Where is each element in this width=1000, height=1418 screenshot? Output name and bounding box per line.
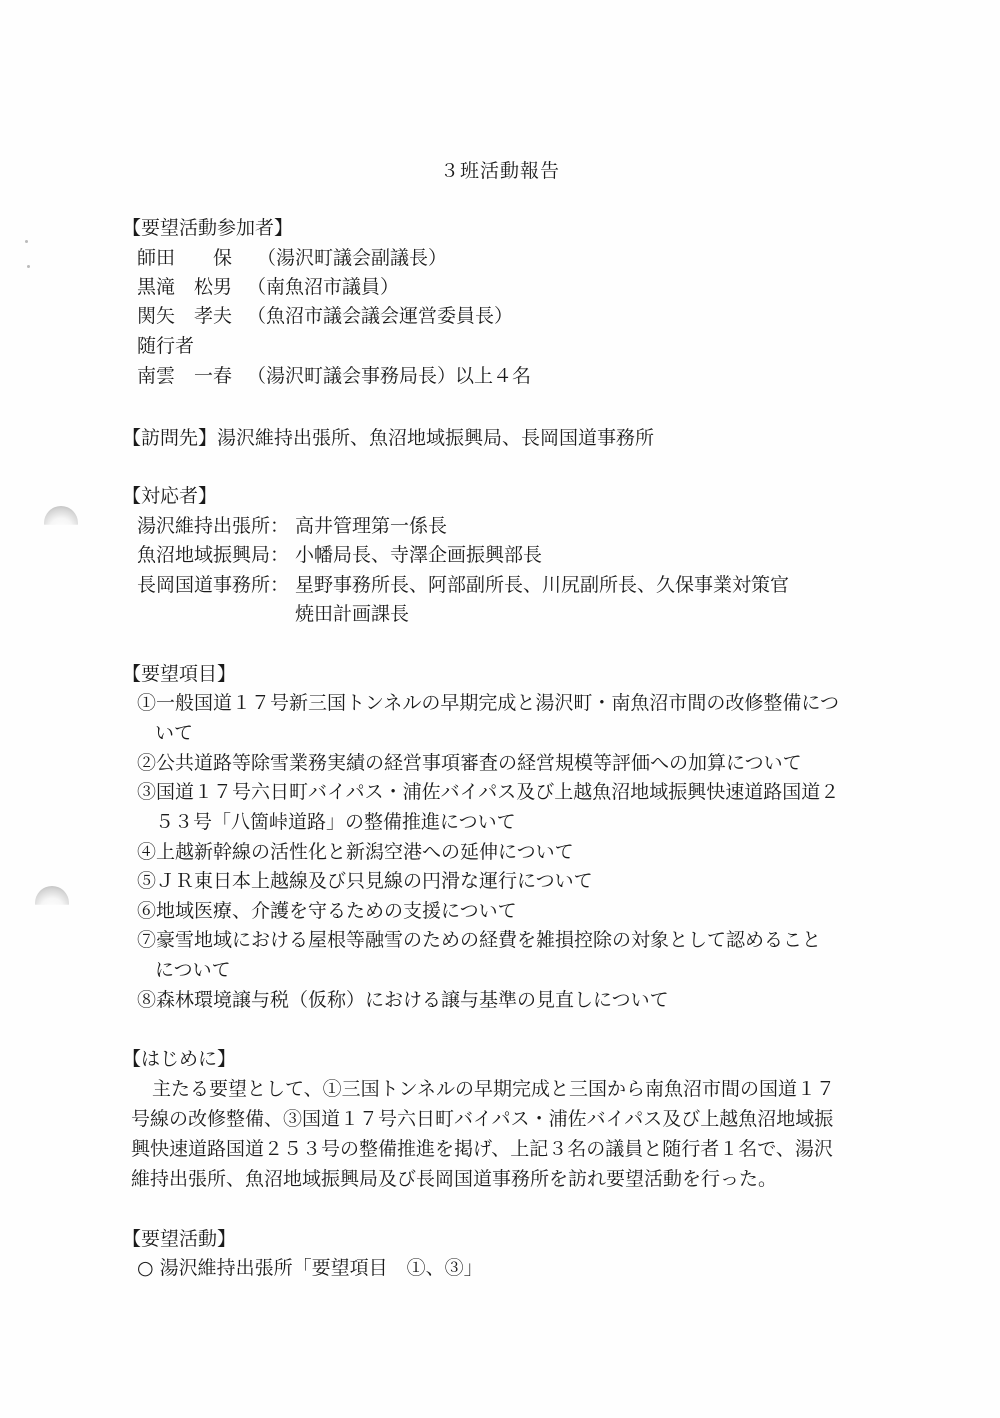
- respondent-row: 長岡国道事務所：星野事務所長、阿部副所長、川尻副所長、久保事業対策官: [137, 573, 789, 597]
- visited-heading: 【訪問先】: [122, 426, 217, 450]
- request-item: ④上越新幹線の活性化と新潟空港への延伸について: [137, 840, 574, 864]
- participant-total: 以上４名: [455, 364, 531, 388]
- respondent-row: 魚沼地域振興局：小幡局長、寺澤企画振興部長: [137, 543, 542, 567]
- introduction-heading: 【はじめに】: [122, 1047, 236, 1071]
- respondent-office: 湯沢維持出張所：: [137, 514, 295, 538]
- participant-row: 黒滝 松男（南魚沼市議員）: [137, 275, 399, 299]
- visited-text: 湯沢維持出張所、魚沼地域振興局、長岡国道事務所: [217, 426, 654, 450]
- respondent-people: 小幡局長、寺澤企画振興部長: [295, 543, 542, 567]
- participant-name: 黒滝 松男: [137, 275, 247, 299]
- attendant-role: （湯沢町議会事務局長）: [247, 364, 455, 388]
- participants-heading: 【要望活動参加者】: [122, 216, 293, 240]
- respondent-office: 魚沼地域振興局：: [137, 543, 295, 567]
- scan-speck: [27, 265, 30, 268]
- introduction-line: 維持出張所、魚沼地域振興局及び長岡国道事務所を訪れ要望活動を行った。: [131, 1167, 777, 1191]
- activities-heading: 【要望活動】: [122, 1227, 236, 1251]
- participant-role: （魚沼市議会議会運営委員長）: [247, 304, 513, 328]
- participant-row: 関矢 孝夫（魚沼市議会議会運営委員長）: [137, 304, 513, 328]
- request-item: ⑧森林環境譲与税（仮称）における譲与基準の見直しについて: [137, 988, 669, 1012]
- request-item: ⑦豪雪地域における屋根等融雪のための経費を雑損控除の対象として認めること: [137, 928, 821, 952]
- respondent-office: 長岡国道事務所：: [137, 573, 295, 597]
- introduction-line: 主たる要望として、①三国トンネルの早期完成と三国から南魚沼市間の国道１７: [152, 1077, 835, 1101]
- binder-hole-top: [44, 506, 78, 540]
- document-page: ３班活動報告 【要望活動参加者】 師田 保（湯沢町議会副議長） 黒滝 松男（南魚…: [0, 0, 1000, 1418]
- request-item-continuation: いて: [155, 721, 193, 745]
- request-item: ⑤ＪＲ東日本上越線及び只見線の円滑な運行について: [137, 869, 593, 893]
- request-item: ①一般国道１７号新三国トンネルの早期完成と湯沢町・南魚沼市間の改修整備につ: [137, 691, 839, 715]
- participant-row: 師田 保（湯沢町議会副議長）: [137, 246, 447, 270]
- requests-heading: 【要望項目】: [122, 662, 236, 686]
- request-item-continuation: ５３号「八箇峠道路」の整備推進について: [155, 810, 516, 834]
- binder-hole-bottom: [35, 886, 69, 920]
- visited-row: 【訪問先】湯沢維持出張所、魚沼地域振興局、長岡国道事務所: [122, 426, 654, 450]
- attendant-row: 南雲 一春（湯沢町議会事務局長）以上４名: [137, 364, 531, 388]
- scan-speck: [25, 240, 28, 243]
- request-item-continuation: について: [155, 958, 231, 982]
- attendant-label: 随行者: [137, 334, 194, 358]
- document-title: ３班活動報告: [0, 156, 1000, 183]
- attendant-name: 南雲 一春: [137, 364, 247, 388]
- respondent-people: 焼田計画課長: [295, 602, 409, 626]
- activity-item: ○ 湯沢維持出張所「要望項目 ①、③」: [137, 1256, 483, 1280]
- participant-role: （湯沢町議会副議長）: [257, 246, 447, 270]
- request-item: ②公共道路等除雪業務実績の経営事項審査の経営規模等評価への加算について: [137, 751, 802, 775]
- respondent-people: 星野事務所長、阿部副所長、川尻副所長、久保事業対策官: [295, 573, 789, 597]
- introduction-line: 興快速道路国道２５３号の整備推進を掲げ、上記３名の議員と随行者１名で、湯沢: [131, 1137, 833, 1161]
- respondent-row: 焼田計画課長: [137, 602, 409, 626]
- respondents-heading: 【対応者】: [122, 484, 217, 508]
- respondent-row: 湯沢維持出張所：高井管理第一係長: [137, 514, 447, 538]
- participant-role: （南魚沼市議員）: [247, 275, 399, 299]
- introduction-line: 号線の改修整備、③国道１７号六日町バイパス・浦佐バイパス及び上越魚沼地域振: [131, 1107, 833, 1131]
- request-item: ⑥地域医療、介護を守るための支援について: [137, 899, 517, 923]
- participant-name: 師田 保: [137, 246, 257, 270]
- request-item: ③国道１７号六日町バイパス・浦佐バイパス及び上越魚沼地域振興快速道路国道２: [137, 780, 839, 804]
- respondent-people: 高井管理第一係長: [295, 514, 447, 538]
- participant-name: 関矢 孝夫: [137, 304, 247, 328]
